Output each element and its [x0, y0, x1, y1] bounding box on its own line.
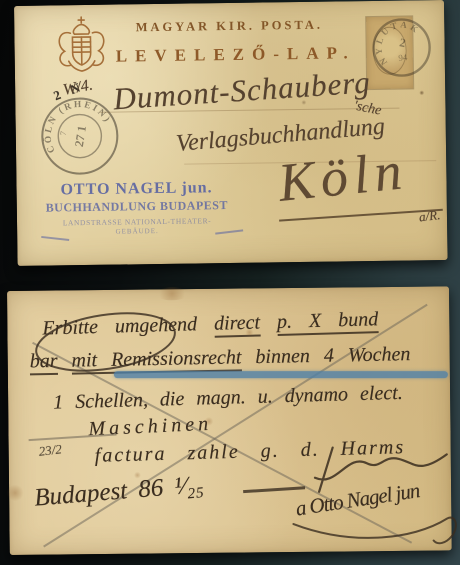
- margin-note: 23/2: [38, 441, 63, 460]
- stain: [245, 328, 253, 336]
- sender-line2: BUCHHANDLUNG BUDAPEST: [45, 198, 229, 216]
- paper-speck: [301, 100, 306, 105]
- postcard-front: MAGYAR KIR. POSTA. LEVELEZŐ-LAP. NYLUTAK…: [14, 0, 448, 266]
- svg-text:2: 2: [398, 35, 407, 50]
- svg-text:7: 7: [58, 130, 69, 136]
- sender-line4: GEBÄUDE.: [45, 226, 229, 237]
- sender-stamp: OTTO NAGEL jun. BUCHHANDLUNG BUDAPEST LA…: [44, 179, 229, 237]
- postmark-koeln: CÖLN (RHEIN) 27 1 7: [34, 90, 125, 181]
- sender-flourish-left: [41, 236, 69, 241]
- svg-text:94: 94: [398, 52, 409, 63]
- line2-part-c: binnen 4 Wochen: [255, 343, 410, 368]
- postcard-back: Erbitte umgehend direct p. X bund bar mi…: [7, 286, 452, 555]
- line2-part-a: bar: [30, 350, 58, 376]
- stain: [62, 326, 68, 332]
- photo-background: MAGYAR KIR. POSTA. LEVELEZŐ-LAP. NYLUTAK…: [0, 0, 460, 565]
- sender-line1: OTTO NAGEL jun.: [44, 179, 228, 200]
- address-city: Köln: [276, 139, 411, 214]
- line1-part-b: direct: [214, 311, 261, 337]
- address-city-suffix: a/R.: [418, 207, 441, 225]
- svg-text:27 1: 27 1: [72, 125, 89, 148]
- paper-speck: [419, 90, 424, 95]
- stain: [134, 472, 141, 479]
- line1-part-c: p. X bund: [277, 308, 379, 336]
- stain: [6, 485, 24, 501]
- blue-crayon-underline: [114, 371, 448, 378]
- stain: [204, 417, 213, 426]
- postmark-right: NYLUTAK 2 94: [364, 10, 439, 85]
- signature-swash: [289, 512, 460, 554]
